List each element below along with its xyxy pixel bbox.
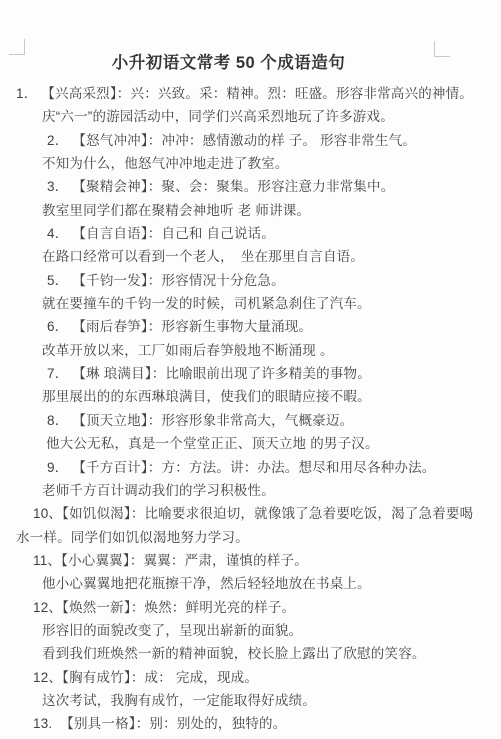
doc-line: 看到我们班焕然一新的精神面貌，校长脸上露出了欣慰的笑容。 [42, 642, 441, 665]
doc-line: 他大公无私，真是一个堂堂正正、顶天立地 的男子汉。 [42, 432, 441, 455]
doc-line: 13. 【别具一格】：别：别处的，独特的。 [33, 712, 441, 735]
doc-line: 就在要撞车的千钧一发的时候，司机紧急刹住了汽车。 [42, 292, 441, 315]
doc-line: 水一样。同学们如饥似渴地努力学习。 [16, 526, 441, 549]
doc-line: 12、【焕然一新】：焕然：鲜明光亮的样子。 [33, 596, 441, 619]
doc-line: 10、【如饥似渴】：比喻要求很迫切，就像饿了急着要吃饭，渴了急着要喝 [33, 502, 441, 525]
doc-line: 那里展出的的东西琳琅满目，使我们的眼睛应接不暇。 [42, 385, 441, 408]
doc-line: 11、【小心翼翼】：翼翼：严肃，谨慎的样子。 [33, 549, 441, 572]
document-page: 小升初语文常考 50 个成语造句 1． 【兴高采烈】：兴：兴致。采：精神。烈：旺… [0, 0, 501, 739]
doc-line: 9． 【千方百计】：方：方法。讲：办法。想尽和用尽各种办法。 [47, 456, 441, 479]
doc-line: 庆“六一”的游园活动中，同学们兴高采烈地玩了许多游戏。 [42, 105, 441, 128]
doc-line: 7． 【琳 琅满目】：比喻眼前出现了许多精美的事物。 [47, 362, 441, 385]
doc-line: 1． 【兴高采烈】：兴：兴致。采：精神。烈：旺盛。形容非常高兴的神情。 [16, 82, 441, 105]
doc-line: 这次考试，我胸有成竹，一定能取得好成绩。 [42, 689, 441, 712]
doc-line: 4． 【自言自语】：自己和 自己说话。 [47, 222, 441, 245]
doc-line: 5． 【千钧一发】：形容情况十分危急。 [47, 269, 441, 292]
doc-line: 教室里同学们都在聚精会神地听 老 师讲课。 [42, 199, 441, 222]
doc-line: 12、【胸有成竹】：成： 完成，现成。 [33, 666, 441, 689]
doc-line: 形容旧的面貌改变了，呈现出崭新的面貌。 [42, 619, 441, 642]
doc-line: 8． 【顶天立地】：形容形象非常高大，气概豪迈。 [47, 409, 441, 432]
doc-line: 在路口经常可以看到一个老人， 坐在那里自言自语。 [42, 245, 441, 268]
document-body: 1． 【兴高采烈】：兴：兴致。采：精神。烈：旺盛。形容非常高兴的神情。 庆“六一… [16, 82, 441, 736]
doc-line: 不知为什么，他怒气冲冲地走进了教室。 [42, 152, 441, 175]
doc-line: 他小心翼翼地把花瓶擦干净，然后轻轻地放在书桌上。 [42, 572, 441, 595]
doc-line: 2． 【怒气冲冲】：冲冲：感情激动的样 子。 形容非常生气。 [47, 129, 441, 152]
doc-line: 老师千方百计调动我们的学习积极性。 [42, 479, 441, 502]
page-title: 小升初语文常考 50 个成语造句 [16, 52, 441, 74]
doc-line: 改革开放以来，工厂如雨后春笋般地不断涌现 。 [42, 339, 441, 362]
doc-line: 3． 【聚精会神】：聚、会：聚集。形容注意力非常集中。 [47, 175, 441, 198]
doc-line: 6． 【雨后春笋】：形容新生事物大量涌现。 [47, 315, 441, 338]
